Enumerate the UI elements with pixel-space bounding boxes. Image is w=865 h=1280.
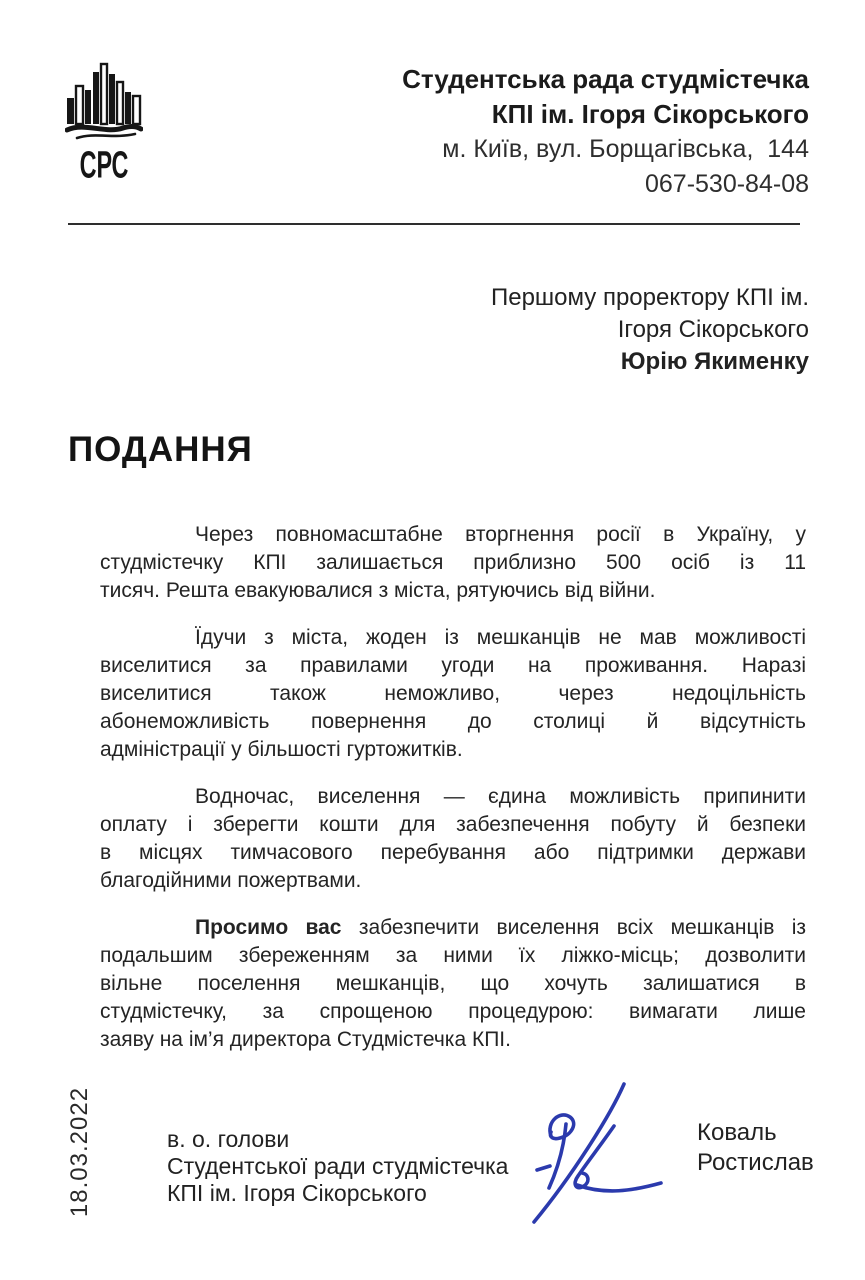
signer-name-block: Коваль Ростислав <box>697 1118 814 1178</box>
p4-bold-lead: Просимо вас <box>195 916 341 939</box>
addressee-name: Юрію Якименку <box>491 346 809 378</box>
p3-line2: оплату і зберегти кошти для забезпечення… <box>100 811 806 839</box>
paragraph-1: Через повномасштабне вторгнення росії в … <box>100 521 806 605</box>
handwritten-signature <box>520 1072 670 1242</box>
logo-acronym: СРС <box>71 144 137 188</box>
addressee-line1: Першому проректору КПІ ім. <box>491 282 809 314</box>
letterhead: Студентська рада студмістечка КПІ ім. Іг… <box>402 62 809 202</box>
p2-line3: виселитися також неможливо, через недоці… <box>100 680 806 708</box>
org-name-line1: Студентська рада студмістечка <box>402 62 809 97</box>
signer-last-name: Коваль <box>697 1118 814 1148</box>
document-date: 18.03.2022 <box>65 1086 95 1218</box>
signer-first-name: Ростислав <box>697 1148 814 1178</box>
org-address: м. Київ, вул. Борщагівська, 144 <box>402 132 809 167</box>
signature-scribble-icon <box>520 1072 670 1237</box>
paragraph-2: Їдучи з міста, жоден із мешканців не мав… <box>100 624 806 764</box>
p2-line5: адміністрації у більшості гуртожитків. <box>100 736 806 764</box>
p4-line1-rest: забезпечити виселення всіх мешканців із <box>341 916 806 939</box>
p2-line2: виселитися за правилами угоди на прожива… <box>100 652 806 680</box>
addressee-block: Першому проректору КПІ ім. Ігоря Сікорсь… <box>491 282 809 378</box>
city-skyline-icon <box>65 60 143 142</box>
p4-line4: студмістечку, за спрощеною процедурою: в… <box>100 998 806 1026</box>
paragraph-4: Просимо вас забезпечити виселення всіх м… <box>100 914 806 1054</box>
signer-role-line1: в. о. голови <box>167 1126 508 1153</box>
org-phone: 067-530-84-08 <box>402 167 809 202</box>
p1-line2: студмістечку КПІ залишається приблизно 5… <box>100 549 806 577</box>
p2-line4: абонеможливість повернення до столиці й … <box>100 708 806 736</box>
p1-line3: тисяч. Решта евакуювалися з міста, рятую… <box>100 577 806 605</box>
org-logo: СРС <box>62 60 146 178</box>
p4-line1: Просимо вас забезпечити виселення всіх м… <box>100 914 806 942</box>
p4-line5: заяву на ім’я директора Студмістечка КПІ… <box>100 1026 806 1054</box>
p3-line4: благодійними пожертвами. <box>100 867 806 895</box>
document-title: ПОДАННЯ <box>68 430 253 470</box>
p4-line2: подальшим збереженням за ними їх ліжко-м… <box>100 942 806 970</box>
p2-line1: Їдучи з міста, жоден із мешканців не мав… <box>100 624 806 652</box>
addressee-line2: Ігоря Сікорського <box>491 314 809 346</box>
paragraph-3: Водночас, виселення — єдина можливість п… <box>100 783 806 895</box>
scanned-letter-page: СРС Студентська рада студмістечка КПІ ім… <box>0 0 865 1280</box>
signer-role-line2: Студентської ради студмістечка <box>167 1153 508 1180</box>
header-divider <box>68 223 800 225</box>
letter-body: Через повномасштабне вторгнення росії в … <box>100 521 806 1073</box>
p3-line3: в місцях тимчасового перебування або під… <box>100 839 806 867</box>
org-name-line2: КПІ ім. Ігоря Сікорського <box>402 97 809 132</box>
p4-line3: вільне поселення мешканців, що хочуть за… <box>100 970 806 998</box>
signer-role-line3: КПІ ім. Ігоря Сікорського <box>167 1180 508 1207</box>
signer-role-block: в. о. голови Студентської ради студмісте… <box>167 1126 508 1207</box>
p3-line1: Водночас, виселення — єдина можливість п… <box>100 783 806 811</box>
p1-line1: Через повномасштабне вторгнення росії в … <box>100 521 806 549</box>
